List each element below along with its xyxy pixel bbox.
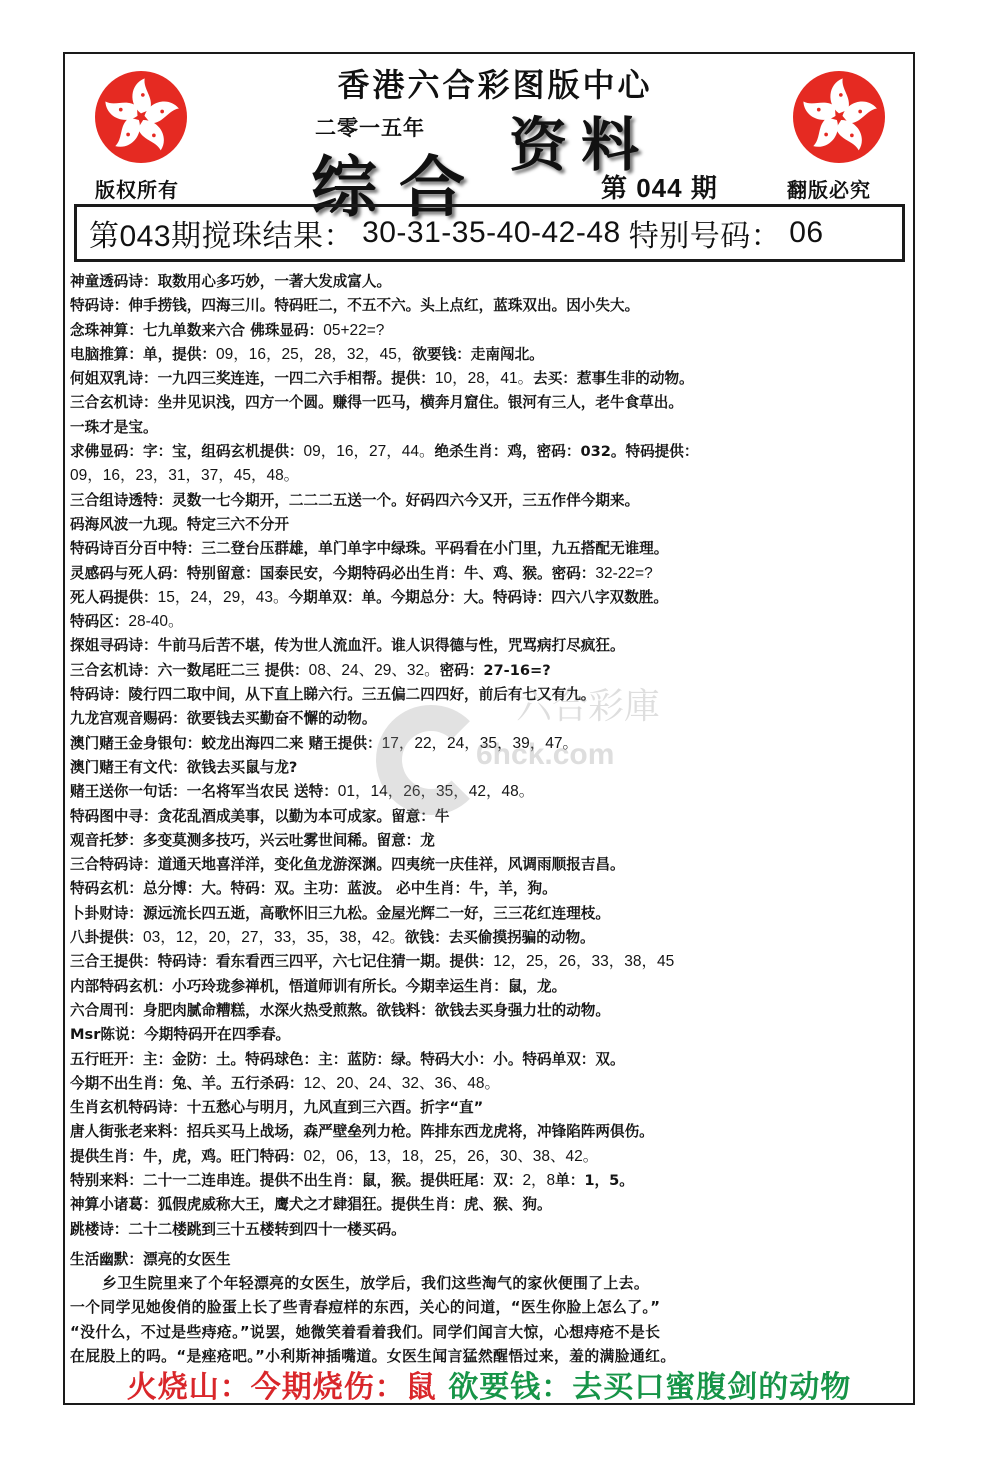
tip-line: 特码诗百分百中特：三二登台压群雄，单门单字中绿珠。平码看在小门里，九五搭配无谁理…	[70, 537, 910, 561]
tip-text: 一名将军当农民 送特：	[187, 783, 338, 800]
tip-label: 三合玄机诗：	[70, 394, 158, 411]
tip-text: 灵数一七今期开，二二二五送一个。好码四六今又开，三五作伴今期来。	[172, 492, 639, 509]
tip-label: 死人码提供：	[70, 589, 158, 606]
tip-text: 坐井见识浅，四方一个圆。赚得一匹马，横奔月窟住。银河有三人，老牛食草出。	[158, 394, 683, 411]
tip-label: 生肖玄机特码诗：	[70, 1099, 187, 1116]
special-number-label: 特别号码：	[629, 211, 782, 255]
tip-line: 探姐寻码诗：牛前马后苦不堪，传为世人流血汗。谁人识得德与性，咒骂病打尽疯狂。	[70, 634, 910, 658]
tip-line: 跳楼诗：二十二楼跳到三十五楼转到四十一楼买码。	[70, 1218, 910, 1242]
tip-line: 八卦提供：03，12，20，27，33，35，38，42。欲钱：去买偷摸拐骗的动…	[70, 926, 910, 950]
tip-text: 七九单数来六合 佛珠显码：	[143, 322, 323, 339]
tip-label: 澳门赌王有文代：	[70, 759, 187, 776]
issue-number: 第 044 期	[601, 168, 718, 205]
bauhinia-flower-icon	[793, 71, 885, 163]
tip-line: 六合周刊：身肥肉腻命糟糕，水深火热受煎熬。欲钱料：欲钱去买身强力壮的动物。	[70, 999, 910, 1023]
tip-text: 狐假虎威称大王，鹰犬之才肆猖狂。提供生肖：虎、猴、狗。	[158, 1196, 552, 1213]
tip-line: 九龙宫观音赐码：欲要钱去买勤奋不懈的动物。	[70, 707, 910, 731]
tip-line: 观音托梦：多变莫测多技巧，兴云吐雾世间稀。留意：龙	[70, 829, 910, 853]
tip-tail: 密码：27-16=?	[440, 662, 551, 679]
banner-green-text: 欲要钱：去买口蜜腹剑的动物	[448, 1370, 851, 1405]
tip-line: 何姐双乳诗：一九四三奖连连，一四二六手相帮。提供：10，28，41。去买：惹事生…	[70, 367, 910, 391]
tip-numbers: 28-40。	[128, 613, 183, 630]
story-line: 乡卫生院里来了个年轻漂亮的女医生，放学后，我们这些淘气的家伙便围了上去。	[70, 1272, 910, 1296]
tip-label: 五行旺开：	[70, 1051, 143, 1068]
tip-line: 码海风波一九现。特定三六不分开	[70, 513, 910, 537]
special-number: 06	[789, 216, 823, 250]
tip-line: 求佛显码：字：宝，组码玄机提供：09，16，27，44。绝杀生肖：鸡，密码：03…	[70, 440, 910, 464]
tip-line: 卜卦财诗：源远流长四五逝，高歌怀旧三九松。金屋光辉二一好，三三花红连理枝。	[70, 902, 910, 926]
tip-tail: 去买：惹事生非的动物。	[533, 370, 694, 387]
tip-label: 特码诗：	[70, 686, 128, 703]
tip-text: 六一数尾旺二三 提供：	[158, 662, 309, 679]
tip-label: 求佛显码：	[70, 443, 143, 460]
tip-text: 牛，虎，鸡。旺门特码：	[143, 1148, 304, 1165]
tip-tail: 绝杀生肖：鸡，密码：032。特码提供：	[435, 443, 699, 460]
lottery-info-sheet: 版权所有 翻版必究 香港六合彩图版中心 二零一五年 资料 综合 第 044 期 …	[63, 52, 915, 1405]
tip-text: 总分博：大。特码：双。主功：蓝波。 必中生肖：牛，羊，狗。	[143, 880, 557, 897]
story-line: 一个同学见她俊俏的脸蛋上长了些青春痘样的东西，关心的问道，“医生你脸上怎么了。”	[70, 1296, 910, 1320]
tip-label: 澳门赌王金身银句：	[70, 735, 201, 752]
tip-line: 念珠神算：七九单数来六合 佛珠显码：05+22=?	[70, 319, 910, 343]
tip-line: 一珠才是宝。	[70, 416, 910, 440]
tip-label: 特码图中寻：	[70, 808, 158, 825]
tip-line: 特码诗：陵行四二取中间，从下直上睇六行。三五偏二四四好，前后有七又有九。	[70, 683, 910, 707]
tip-line: 提供生肖：牛，虎，鸡。旺门特码：02，06，13，18，25，26，30、38、…	[70, 1145, 910, 1169]
tip-line: Msr陈说：今期特码开在四季春。	[70, 1023, 910, 1047]
tip-line: 神童透码诗：取数用心多巧妙，一著大发成富人。	[70, 270, 910, 294]
tip-tail: 今期单双：单。今期总分：大。特码诗：四六八字双数胜。	[289, 589, 668, 606]
tip-numbers: 05+22=?	[323, 322, 384, 339]
tip-label: 特码区：	[70, 613, 128, 630]
banner-red-text: 火烧山：今期烧伤：鼠	[127, 1370, 437, 1405]
tip-label: 今期不出生肖：	[70, 1075, 172, 1092]
tip-label: 三合组诗透特：	[70, 492, 172, 509]
footer-banner: 火烧山：今期烧伤：鼠 欲要钱：去买口蜜腹剑的动物	[65, 1362, 913, 1406]
tip-label: 神童透码诗：	[70, 273, 158, 290]
tip-label: 三合特码诗：	[70, 856, 158, 873]
tip-label: 六合周刊：	[70, 1002, 143, 1019]
tip-text: 特别留意：国泰民安，今期特码必出生肖：牛、鸡、猴。密码：	[187, 565, 596, 582]
tip-numbers: 12、20、24、32、36、48。	[304, 1075, 500, 1092]
tip-text: 道通天地喜洋洋，变化鱼龙游深渊。四夷统一庆佳祥，风调雨顺报吉昌。	[158, 856, 625, 873]
tip-text: 多变莫测多技巧，兴云吐雾世间稀。留意：龙	[143, 832, 435, 849]
tip-numbers: 2，8	[522, 1172, 555, 1189]
tip-text: 蛟龙出海四二来 赌王提供：	[201, 735, 381, 752]
tip-label: 特码诗百分百中特：	[70, 540, 201, 557]
tip-line: 三合玄机诗：坐井见识浅，四方一个圆。赚得一匹马，横奔月窟住。银河有三人，老牛食草…	[70, 391, 910, 415]
tip-text: 源远流长四五逝，高歌怀旧三九松。金屋光辉二一好，三三花红连理枝。	[143, 905, 610, 922]
tip-label: 跳楼诗：	[70, 1221, 128, 1238]
tip-line: 09，16，23，31，37，45，48。	[70, 464, 910, 488]
bauhinia-flower-icon	[95, 71, 187, 163]
tip-numbers: 17，22，24，35，39，47。	[382, 735, 578, 752]
tip-label: 三合王提供：	[70, 953, 158, 970]
tip-text: 欲要钱去买勤奋不懈的动物。	[187, 710, 377, 727]
tip-line: 今期不出生肖：兔、羊。五行杀码：12、20、24、32、36、48。	[70, 1072, 910, 1096]
tip-line: 特码玄机：总分博：大。特码：双。主功：蓝波。 必中生肖：牛，羊，狗。	[70, 877, 910, 901]
tip-numbers: 32-22=?	[595, 565, 652, 582]
tip-line: 神算小诸葛：狐假虎威称大王，鹰犬之才肆猖狂。提供生肖：虎、猴、狗。	[70, 1193, 910, 1217]
tip-text: 二十一二连串连。提供不出生肖：鼠，猴。提供旺尾：双：	[143, 1172, 522, 1189]
tip-line: 澳门赌王有文代：欲钱去买鼠与龙?	[70, 756, 910, 780]
tip-line: 唐人街张老来料：招兵买马上战场，森严壁垒列力枪。阵排东西龙虎将，冲锋陷阵两俱伤。	[70, 1120, 910, 1144]
tip-text: 招兵买马上战场，森严壁垒列力枪。阵排东西龙虎将，冲锋陷阵两俱伤。	[187, 1123, 654, 1140]
tip-line: 三合玄机诗：六一数尾旺二三 提供：08、24、29、32。密码：27-16=?	[70, 659, 910, 683]
tip-tail: 欲钱：去买偷摸拐骗的动物。	[405, 929, 595, 946]
tip-line: 澳门赌王金身银句：蛟龙出海四二来 赌王提供：17，22，24，35，39，47。	[70, 732, 910, 756]
tip-line: 特码诗：伸手捞钱，四海三川。特码旺二，不五不六。头上点红，蓝珠双出。因小失大。	[70, 294, 910, 318]
tip-label: 观音托梦：	[70, 832, 143, 849]
tip-label: 特码玄机：	[70, 880, 143, 897]
header: 版权所有 翻版必究 香港六合彩图版中心 二零一五年 资料 综合 第 044 期	[65, 54, 913, 204]
tip-line: 五行旺开：主：金防：土。特码球色：主：蓝防：绿。特码大小：小。特码单双：双。	[70, 1048, 910, 1072]
tip-numbers: 15，24，29，43。	[158, 589, 289, 606]
tip-numbers: 09，16，25，28，32，45，	[216, 346, 412, 363]
tip-text: 牛前马后苦不堪，传为世人流血汗。谁人识得德与性，咒骂病打尽疯狂。	[158, 637, 625, 654]
tip-tail: 欲要钱：走南闯北。	[412, 346, 543, 363]
tip-text: 陵行四二取中间，从下直上睇六行。三五偏二四四好，前后有七又有九。	[128, 686, 595, 703]
tip-text: 二十二楼跳到三十五楼转到四十一楼买码。	[128, 1221, 405, 1238]
tip-label: 卜卦财诗：	[70, 905, 143, 922]
tip-numbers: 10，28，41。	[435, 370, 533, 387]
tip-label: 内部特码玄机：	[70, 978, 172, 995]
tips-list: 神童透码诗：取数用心多巧妙，一著大发成富人。特码诗：伸手捞钱，四海三川。特码旺二…	[70, 270, 910, 1369]
tip-text: 十五愁心与明月，九风直到三六酉。折字“直”	[187, 1099, 483, 1116]
tip-numbers: 02，06，13，18，25，26，30、38、42。	[304, 1148, 599, 1165]
tip-label: 特码诗：	[70, 297, 128, 314]
publisher-title: 香港六合彩图版中心	[255, 60, 735, 106]
tip-label: 提供生肖：	[70, 1148, 143, 1165]
tip-numbers: 12，25，26，33，38，45	[493, 953, 674, 970]
tip-line: 特码区：28-40。	[70, 610, 910, 634]
tip-text: 兔、羊。五行杀码：	[172, 1075, 303, 1092]
tip-label: 电脑推算：	[70, 346, 143, 363]
no-reprint-label: 翻版必究	[787, 174, 871, 203]
tip-text: 单，提供：	[143, 346, 216, 363]
tip-line: 三合王提供：特码诗：看东看西三四平，六七记住猜一期。提供：12，25，26，33…	[70, 950, 910, 974]
tip-text: 主：金防：土。特码球色：主：蓝防：绿。特码大小：小。特码单双：双。	[143, 1051, 625, 1068]
tip-line: 生肖玄机特码诗：十五愁心与明月，九风直到三六酉。折字“直”	[70, 1096, 910, 1120]
tip-label: 灵感码与死人码：	[70, 565, 187, 582]
tip-line: 死人码提供：15，24，29，43。今期单双：单。今期总分：大。特码诗：四六八字…	[70, 586, 910, 610]
tip-text: 取数用心多巧妙，一著大发成富人。	[158, 273, 392, 290]
draw-results-box: 第043期搅珠结果： 30-31-35-40-42-48 特别号码： 06	[74, 204, 905, 262]
copyright-label: 版权所有	[95, 174, 179, 203]
tip-numbers: 08、24、29、32。	[309, 662, 440, 679]
tip-text: 今期特码开在四季春。	[144, 1026, 290, 1043]
tip-text: 三二登台压群雄，单门单字中绿珠。平码看在小门里，九五搭配无谁理。	[201, 540, 668, 557]
tip-label: 八卦提供：	[70, 929, 143, 946]
tip-numbers: 01，14，26，35，42，48。	[338, 783, 534, 800]
tip-text: 欲钱去买鼠与龙?	[187, 759, 298, 776]
tip-label: 唐人街张老来料：	[70, 1123, 187, 1140]
tip-label: 九龙宫观音赐码：	[70, 710, 187, 727]
tip-numbers: 09，16，27，44。	[304, 443, 435, 460]
tip-label: 特别来料：	[70, 1172, 143, 1189]
tip-line: 内部特码玄机：小巧玲珑参禅机，悟道师训有所长。今期幸运生肖：鼠，龙。	[70, 975, 910, 999]
tip-text: 一珠才是宝。	[70, 419, 158, 436]
tip-text: 伸手捞钱，四海三川。特码旺二，不五不六。头上点红，蓝珠双出。因小失大。	[128, 297, 639, 314]
tip-numbers: 09，16，23，31，37，45，48。	[70, 467, 299, 484]
tip-text: 贪花乱酒成美事，以勤为本可成家。留意：牛	[158, 808, 450, 825]
tip-text: 小巧玲珑参禅机，悟道师训有所长。今期幸运生肖：鼠，龙。	[172, 978, 566, 995]
tip-label: 何姐双乳诗：	[70, 370, 158, 387]
tip-text: 身肥肉腻命糟糕，水深火热受煎熬。欲钱料：欲钱去买身强力壮的动物。	[143, 1002, 610, 1019]
story-title: 生活幽默：漂亮的女医生	[70, 1248, 910, 1272]
tip-numbers: 03，12，20，27，33，35，38，42。	[143, 929, 405, 946]
tip-line: 特别来料：二十一二连串连。提供不出生肖：鼠，猴。提供旺尾：双：2，8单：1，5。	[70, 1169, 910, 1193]
story-line: “没什么，不过是些痔疮。”说罢，她微笑着看着我们。同学们闻言大惊，心想痔疮不是长	[70, 1321, 910, 1345]
tip-text: 一九四三奖连连，一四二六手相帮。提供：	[158, 370, 435, 387]
tip-label: 念珠神算：	[70, 322, 143, 339]
tip-text: 特码诗：看东看西三四平，六七记住猜一期。提供：	[158, 953, 494, 970]
tip-line: 特码图中寻：贪花乱酒成美事，以勤为本可成家。留意：牛	[70, 805, 910, 829]
tip-line: 电脑推算：单，提供：09，16，25，28，32，45，欲要钱：走南闯北。	[70, 343, 910, 367]
tip-text: 字：宝，组码玄机提供：	[143, 443, 304, 460]
tip-text: 码海风波一九现。特定三六不分开	[70, 516, 289, 533]
tip-line: 三合组诗透特：灵数一七今期开，二二二五送一个。好码四六今又开，三五作伴今期来。	[70, 489, 910, 513]
tip-line: 灵感码与死人码：特别留意：国泰民安，今期特码必出生肖：牛、鸡、猴。密码：32-2…	[70, 562, 910, 586]
tip-line: 赌王送你一句话：一名将军当农民 送特：01，14，26，35，42，48。	[70, 780, 910, 804]
results-label: 第043期搅珠结果：	[89, 211, 354, 255]
tip-label: 三合玄机诗：	[70, 662, 158, 679]
tip-label: Msr陈说：	[70, 1026, 144, 1043]
tip-label: 赌王送你一句话：	[70, 783, 187, 800]
tip-label: 探姐寻码诗：	[70, 637, 158, 654]
winning-numbers: 30-31-35-40-42-48	[362, 216, 621, 250]
tip-line: 三合特码诗：道通天地喜洋洋，变化鱼龙游深渊。四夷统一庆佳祥，风调雨顺报吉昌。	[70, 853, 910, 877]
tip-tail: 单：1，5。	[555, 1172, 634, 1189]
tip-label: 神算小诸葛：	[70, 1196, 158, 1213]
